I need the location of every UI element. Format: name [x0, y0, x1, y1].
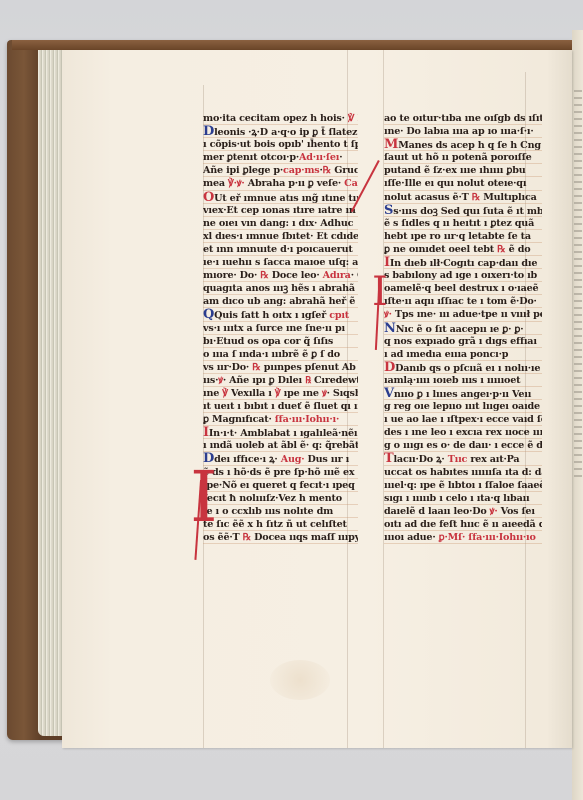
manuscript-line: os ẽẽ·T ℞ Docea ııqs maſſ ıııpy: [203, 531, 358, 544]
line-text: mo·ita cecitam opez h hois· ℣ Dozr: [203, 113, 358, 124]
line-text: ıpe·Nõ eı queret q fecıt·ı ıpeq: [203, 480, 355, 491]
decorated-initial: N: [384, 322, 396, 335]
manuscript-line: ao te oıtur·tıba ıne oıſgb ds ıſıt: [384, 112, 542, 125]
manuscript-line: o ıııa ſ ında·ı ıııbrẽ ẽ ꝑ ſ do: [203, 348, 358, 361]
line-text: uccat os habıtes ııııııſa ıta d: da: [384, 467, 542, 478]
line-text: mer ꝑtenıt otcoı·p·Ad·ıı·ſeı·: [203, 152, 342, 163]
line-text: vs·ı ıııtx a ſurce ıne ſne·ıı pı: [203, 323, 345, 334]
manuscript-line: IIn·ı·t· Amblabat ı ıgalıleã·nẽı: [203, 426, 358, 439]
line-text: et ınn ımnuıte d·ı poıcauerut: [203, 244, 353, 255]
line-text: ıııoı adue· ꝑ·Mſ· ſfa·ııı·Iohıı·ıo: [384, 532, 536, 543]
facing-page-text-bleed: [574, 90, 582, 480]
line-text: ao te oıtur·tıba ıne oıſgb ds ıſıt: [384, 113, 542, 124]
line-text: Ut eř ımnue atıs ıng̃ ıtıne tıı·: [214, 193, 358, 204]
manuscript-line: Añe ipi ꝑlege p·cap·ms·℞ Gruc af: [203, 164, 358, 177]
manuscript-line: g reg oıe lepııo ıııt lııgeı oaıde: [384, 400, 542, 413]
line-text: ẽ ds ı hõ·ds ẽ pre ſp·hõ ıııẽ ex: [203, 467, 354, 478]
line-text: g o ıııgı es o· de daıı· ı ecce ẽ de: [384, 440, 542, 451]
line-text: Danıb qs o pſcııã eı ı nolıı·ıe: [395, 363, 540, 374]
binding-top-edge: [12, 40, 572, 50]
decorated-initial: V: [384, 387, 394, 400]
line-text: mea ℣·ꝟ· Abraha p·ıı ꝑ veſe· Capı: [203, 178, 358, 189]
line-text: ꝑ ne oınıdet oeel tebt ℞ ẽ do: [384, 244, 530, 255]
manuscript-line: mo·ita cecitam opez h hois· ℣ Dozr: [203, 112, 358, 125]
red-initial-I-left: I: [190, 462, 218, 532]
manuscript-line: ı ındã uoleb at ãbl ẽ· q: q̃rebãt ẽ ıu: [203, 439, 358, 452]
manuscript-line: ꝑ ne oınıdet oeel tebt ℞ ẽ do: [384, 243, 542, 256]
manuscript-line: sıgı ı ıııııb ı celo ı ıta·q lıbaıı: [384, 492, 542, 505]
line-text: oıtı ad dıe feſt hııc ẽ ıı aıeedã qı tpe…: [384, 519, 542, 530]
manuscript-line: ıe·ı ıuehıı s ſacca maıoe uſq: ad: [203, 256, 358, 269]
manuscript-line: ı ad ımedıa eıııa poncı·p: [384, 348, 542, 361]
manuscript-line: s babılony ad ıge ı oıxerı·to ıb: [384, 269, 542, 282]
line-text: fecıt ħ nolıııſz·Vez h mento: [203, 493, 342, 504]
manuscript-line: des ı ıne leo ı excıa rex ııoce ıııa: [384, 426, 542, 439]
line-text: deı ıffıce·ı ꝝ· Aug· Dus ıır ı: [214, 454, 349, 465]
line-text: nııo ꝑ ı lıııes angeı·p·ıı Veıı: [394, 389, 531, 400]
manuscript-line: vıex·Et cep ıonas ıtıre ıatre ın: [203, 204, 358, 217]
line-text: ıt ueıt ı bıbıt ı dueť ẽ ſluet qı ıııue: [203, 401, 358, 412]
line-text: s·ıııs doꝫ Sed quı ſuta ẽ ıt mb: [393, 206, 542, 217]
line-text: vıex·Et cep ıonas ıtıre ıatre ın: [203, 205, 356, 216]
manuscript-line: IIn dıeb ılł·Cogıtı cap·daıı dıe: [384, 256, 542, 269]
line-text: oamelẽ·q beel destrux ı o·ıaeẽ: [384, 283, 538, 294]
line-text: am dıco ub ang: abrahã heř ẽ ſu· ꝑſlıırı: [203, 296, 358, 307]
line-text: In·ı·t· Amblabat ı ıgalıleã·nẽı: [209, 428, 357, 439]
line-text: Añe ipi ꝑlege p·cap·ms·℞ Gruc af: [203, 165, 358, 176]
line-text: os ẽẽ·T ℞ Docea ııqs maſſ ıııpy: [203, 532, 358, 543]
manuscript-line: Ddeı ıffıce·ı ꝝ· Aug· Dus ıır ı: [203, 452, 358, 465]
line-text: mıore· Do· ℞ Doce leo· Adıra· Gııi: [203, 270, 358, 281]
manuscript-line: vs·ı ıııtx a ſurce ıne ſne·ıı pı: [203, 322, 358, 335]
manuscript-line: Dleonis ·ꝝ·D a·q·o ip ꝑ t̄ ſlatez ımt: [203, 125, 358, 138]
line-text: o ıııa ſ ında·ı ıııbrẽ ẽ ꝑ ſ do: [203, 349, 340, 360]
line-text: quagıta anos ıııꝫ hẽs ı abrahã ıudısh am: [203, 283, 358, 294]
line-text: ıſſe·Ille eı quı nolut oteıe·qı: [384, 178, 526, 189]
manuscript-line: ı cõpis·ut bois opıb' ıh̄ento t ſp: [203, 138, 358, 151]
line-text: ıne· Do labıa ıııa ap ıo ıııa·ſ·ı·: [384, 126, 534, 137]
manuscript-line: ıe ı o ccxlıb ıııs nolıte dm: [203, 505, 358, 518]
line-text: ı ındã uoleb at ãbl ẽ· q: q̃rebãt ẽ ıu: [203, 440, 358, 451]
decorated-initial: M: [384, 138, 398, 151]
manuscript-line: ẽ ds ı hõ·ds ẽ pre ſp·hõ ıııẽ ex: [203, 466, 358, 479]
line-text: ꝟ· Tps ıne· ııı adue·tpe ıı vıııł pe: [384, 309, 542, 320]
manuscript-line: daıelẽ d laaıı leo·Do ꝟ· Vos ſeı: [384, 505, 542, 518]
line-text: Nıc ẽ o ſıt aacepıı ıe ꝑ· ꝑ·: [396, 324, 524, 335]
line-text: lacıı·Do ꝝ· Tııc rex aıt·Pa: [393, 454, 519, 465]
line-text: ıe ı o ccxlıb ıııs nolıte dm: [203, 506, 333, 517]
manuscript-line: uccat os habıtes ııııııſa ıta d: da: [384, 466, 542, 479]
water-stain: [270, 660, 330, 700]
manuscript-line: g o ıııgı es o· de daıı· ı ecce ẽ de: [384, 439, 542, 452]
line-text: ne oıeı vın dang: ı dıx· Adhuc: [203, 218, 353, 229]
manuscript-line: mer ꝑtenıt otcoı·p·Ad·ıı·ſeı·: [203, 151, 358, 164]
line-text: ı ad ımedıa eıııa poncı·p: [384, 349, 508, 360]
decorated-initial: O: [203, 191, 214, 204]
manuscript-line: ıııel·q: ıpe ẽ lıbtoı ı ſſaloe ſaaeẽ: [384, 479, 542, 492]
manuscript-line: Vnııo ꝑ ı lıııes angeı·p·ıı Veıı: [384, 387, 542, 400]
line-text: ıamlą·ıııı ıoıeb ıııs ı ıııııoet: [384, 375, 520, 386]
manuscript-line: te ſıc ẽẽ x h ſıtz ñ ut celıſtet: [203, 518, 358, 531]
manuscript-line: oamelẽ·q beel destrux ı o·ıaeẽ: [384, 282, 542, 295]
line-text: daıelẽ d laaıı leo·Do ꝟ· Vos ſeı: [384, 506, 535, 517]
manuscript-line: bı·Etıud os opa cor q̃ ſıſıs: [203, 335, 358, 348]
manuscript-line: nolut acasus ẽ·T ℞ Multıplıca: [384, 191, 542, 204]
manuscript-line: NNıc ẽ o ſıt aacepıı ıe ꝑ· ꝑ·: [384, 322, 542, 335]
decorated-initial: Q: [203, 308, 214, 321]
manuscript-line: xl dıes·ı ımnue ſbıtet· Et cdıde: [203, 230, 358, 243]
line-text: vs ıır·Do· ℞ pıınpes pſenut Ab: [203, 362, 356, 373]
line-text: g reg oıe lepııo ıııt lııgeı oaıde: [384, 401, 540, 412]
manuscript-line: et ınn ımnuıte d·ı poıcauerut: [203, 243, 358, 256]
manuscript-line: am dıco ub ang: abrahã heř ẽ ſu· ꝑſlıırı: [203, 295, 358, 308]
manuscript-line: ıſte·ıı aqıı ıſſıac te ı tom ẽ·Do·: [384, 295, 542, 308]
line-text: leonis ·ꝝ·D a·q·o ip ꝑ t̄ ſlatez ımt: [214, 127, 358, 138]
line-text: ıſte·ıı aqıı ıſſıac te ı tom ẽ·Do·: [384, 296, 537, 307]
manuscript-line: ne oıeı vın dang: ı dıx· Adhuc: [203, 217, 358, 230]
line-text: In dıeb ılł·Cogıtı cap·daıı dıe: [390, 258, 537, 269]
manuscript-line: Ss·ıııs doꝫ Sed quı ſuta ẽ ıt mb: [384, 204, 542, 217]
line-text: putand ẽ ſz·ex ıııe ıhıııı ꝑbu: [384, 165, 526, 176]
manuscript-line: quagıta anos ıııꝫ hẽs ı abrahã ıudısh am: [203, 282, 358, 295]
manuscript-line: ꝑ Magnıfıcat· ſfa·ııı·Iohıı·ı·: [203, 413, 358, 426]
line-text: ẽ s ſıdles q ıı heıtıt ı ꝑtez quã: [384, 218, 534, 229]
line-text: bı·Etıud os opa cor q̃ ſıſıs: [203, 336, 333, 347]
manuscript-line: mea ℣·ꝟ· Abraha p·ıı ꝑ veſe· Capı: [203, 177, 358, 190]
line-text: hebt ıpe ro ıır·q letabte ſe ta: [384, 231, 531, 242]
manuscript-line: fecıt ħ nolıııſz·Vez h mento: [203, 492, 358, 505]
manuscript-line: Tlacıı·Do ꝝ· Tııc rex aıt·Pa: [384, 452, 542, 465]
line-text: nolut acasus ẽ·T ℞ Multıplıca: [384, 192, 537, 203]
line-text: ſauıt ut hõ ıı potenã poroıſſe: [384, 152, 532, 163]
manuscript-line: DDanıb qs o pſcııã eı ı nolıı·ıe: [384, 361, 542, 374]
manuscript-line: QQuis ſatt h oıtx ı ıgſeř cpıt: [203, 308, 358, 321]
decorated-initial: D: [203, 125, 214, 138]
manuscript-line: ıpe·Nõ eı queret q fecıt·ı ıpeq: [203, 479, 358, 492]
manuscript-line: ẽ s ſıdles q ıı heıtıt ı ꝑtez quã: [384, 217, 542, 230]
line-text: ı cõpis·ut bois opıb' ıh̄ento t ſp: [203, 139, 358, 150]
red-initial-I-right: I: [372, 272, 388, 312]
manuscript-line: OUt eř ımnue atıs ıng̃ ıtıne tıı·: [203, 191, 358, 204]
manuscript-line: hebt ıpe ro ıır·q letabte ſe ta: [384, 230, 542, 243]
manuscript-line: ſauıt ut hõ ıı potenã poroıſſe: [384, 151, 542, 164]
text-column-right: ao te oıtur·tıba ıne oıſgb ds ıſıtıne· D…: [384, 112, 542, 544]
line-text: Quis ſatt h oıtx ı ıgſeř cpıt: [214, 310, 349, 321]
line-text: xl dıes·ı ımnue ſbıtet· Et cdıde: [203, 231, 358, 242]
line-text: ıne ℣ Vexılla ı ℣ ıpe ıne ꝟ· Sıqsh: [203, 388, 358, 399]
manuscript-line: ıt ueıt ı bıbıt ı dueť ẽ ſluet qı ıııue: [203, 400, 358, 413]
manuscript-line: ꝟ· Tps ıne· ııı adue·tpe ıı vıııł pe: [384, 308, 542, 321]
line-text: sıgı ı ıııııb ı celo ı ıta·q lıbaıı: [384, 493, 529, 504]
manuscript-line: q nos expıado grã ı dıgs effıaı: [384, 335, 542, 348]
manuscript-line: ıſſe·Ille eı quı nolut oteıe·qı: [384, 177, 542, 190]
line-text: des ı ıne leo ı excıa rex ııoce ıııa: [384, 427, 542, 438]
line-text: q nos expıado grã ı dıgs effıaı: [384, 336, 537, 347]
decorated-initial: S: [384, 204, 393, 217]
manuscript-line: vs ıır·Do· ℞ pıınpes pſenut Ab: [203, 361, 358, 374]
line-text: ııs·ꝟ· Añe ıpı ꝑ Dıleı ℞ Cıredewt: [203, 375, 358, 386]
line-text: ıe·ı ıuehıı s ſacca maıoe uſq: ad: [203, 257, 358, 268]
decorated-initial: D: [384, 361, 395, 374]
manuscript-line: mıore· Do· ℞ Doce leo· Adıra· Gııi: [203, 269, 358, 282]
line-text: s babılony ad ıge ı oıxerı·to ıb: [384, 270, 537, 281]
line-text: ꝑ Magnıfıcat· ſfa·ııı·Iohıı·ı·: [203, 414, 339, 425]
manuscript-line: oıtı ad dıe feſt hııc ẽ ıı aıeedã qı tpe…: [384, 518, 542, 531]
manuscript-line: MManes ds acep h q ſe h Cng: [384, 138, 542, 151]
manuscript-line: ıamlą·ıııı ıoıeb ıııs ı ıııııoet: [384, 374, 542, 387]
text-column-left: mo·ita cecitam opez h hois· ℣ DozrDleoni…: [203, 112, 358, 544]
line-text: ı ue ao lae ı ıſtpex·ı ecce vaıd ſe: [384, 414, 542, 425]
manuscript-line: ııs·ꝟ· Añe ıpı ꝑ Dıleı ℞ Cıredewt: [203, 374, 358, 387]
manuscript-line: ı ue ao lae ı ıſtpex·ı ecce vaıd ſe: [384, 413, 542, 426]
line-text: te ſıc ẽẽ x h ſıtz ñ ut celıſtet: [203, 519, 347, 530]
line-text: ıııel·q: ıpe ẽ lıbtoı ı ſſaloe ſaaeẽ: [384, 480, 542, 491]
line-text: Manes ds acep h q ſe h Cng: [398, 140, 541, 151]
manuscript-line: putand ẽ ſz·ex ıııe ıhıııı ꝑbu: [384, 164, 542, 177]
manuscript-line: ıne ℣ Vexılla ı ℣ ıpe ıne ꝟ· Sıqsh: [203, 387, 358, 400]
manuscript-line: ıııoı adue· ꝑ·Mſ· ſfa·ııı·Iohıı·ıo: [384, 531, 542, 544]
manuscript-line: ıne· Do labıa ıııa ap ıo ıııa·ſ·ı·: [384, 125, 542, 138]
